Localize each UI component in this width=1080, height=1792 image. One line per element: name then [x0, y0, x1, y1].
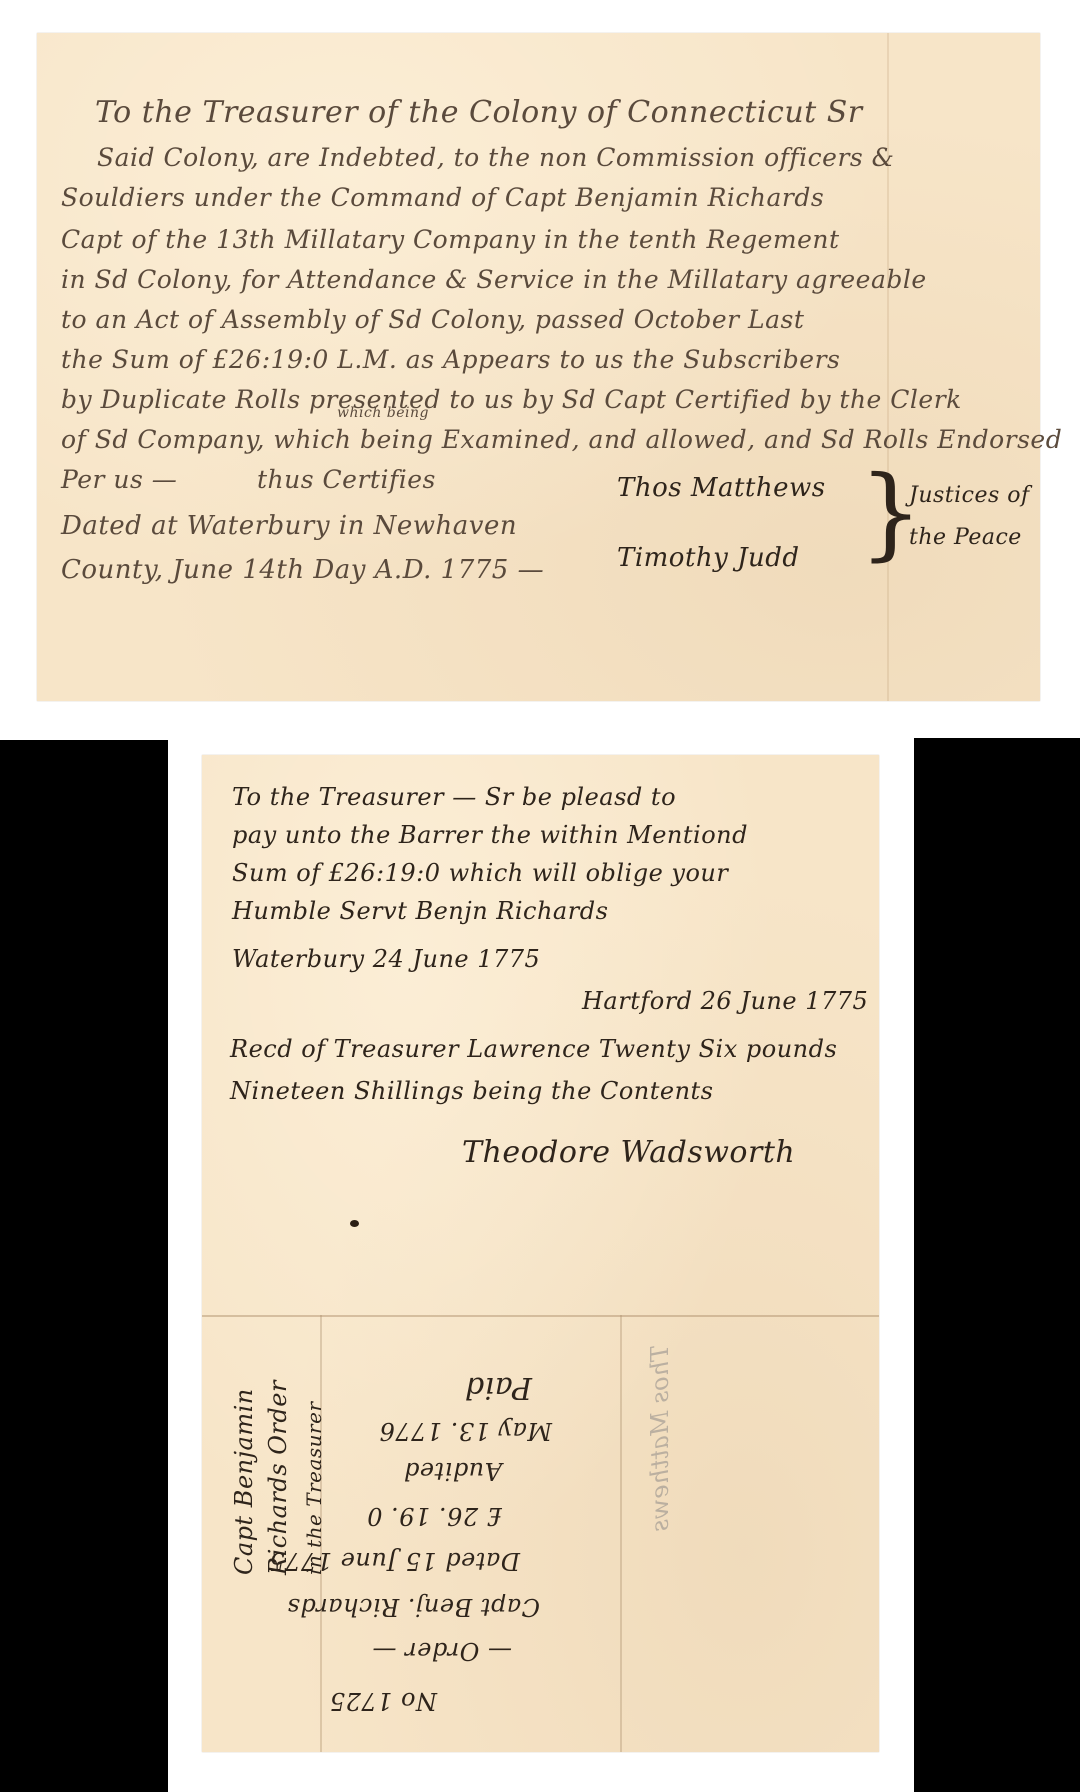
black-margin-right	[914, 738, 1080, 1792]
dated-line-1: Dated at Waterbury in Newhaven	[61, 511, 517, 541]
front-line-7: the Sum of £26:19:0 L.M. as Appears to u…	[61, 345, 840, 374]
order-date: Waterbury 24 June 1775	[232, 945, 540, 973]
docket-paid: Paid	[464, 1370, 532, 1405]
fold-line-horizontal	[202, 1315, 879, 1317]
front-line-2: Said Colony, are Indebted, to the non Co…	[97, 143, 894, 172]
front-line-10: Per us —	[61, 465, 177, 494]
signature-matthews: Thos Matthews	[617, 473, 826, 503]
docket-amount: £ 26. 19. 0	[367, 1502, 502, 1530]
document-back-page: To the Treasurer — Sr be pleasd to pay u…	[202, 755, 879, 1752]
justices-title-2: the Peace	[909, 525, 1022, 550]
receipt-line-1: Recd of Treasurer Lawrence Twenty Six po…	[230, 1035, 837, 1063]
front-line-6: to an Act of Assembly of Sd Colony, pass…	[61, 305, 804, 334]
front-line-5: in Sd Colony, for Attendance & Service i…	[61, 265, 927, 294]
docket-paid-date: May 13. 1776	[379, 1417, 552, 1445]
dated-line-2: County, June 14th Day A.D. 1775 —	[61, 555, 544, 585]
document-front-page: To the Treasurer of the Colony of Connec…	[37, 33, 1040, 701]
bleed-through-text: Thos Matthews	[646, 1345, 674, 1532]
order-line-1: To the Treasurer — Sr be pleasd to	[232, 783, 676, 811]
receipt-signature: Theodore Wadsworth	[462, 1135, 795, 1170]
docket-order: — Order —	[372, 1637, 512, 1665]
front-line-9: of Sd Company, which being Examined, and…	[61, 425, 1062, 454]
order-line-4: Humble Servt Benjn Richards	[232, 897, 608, 925]
receipt-line-2: Nineteen Shillings being the Contents	[230, 1077, 714, 1105]
order-line-2: pay unto the Barrer the within Mentiond	[232, 821, 748, 849]
docket-side-line-2: Richards Order	[264, 1380, 292, 1575]
certifies-text: thus Certifies	[257, 465, 436, 494]
black-margin-left	[0, 740, 168, 1792]
docket-name: Capt Benj. Richards	[287, 1593, 540, 1621]
front-line-8: by Duplicate Rolls presented to us by Sd…	[61, 385, 962, 414]
front-line-3: Souldiers under the Command of Capt Benj…	[61, 183, 824, 212]
receipt-date: Hartford 26 June 1775	[582, 987, 868, 1015]
justices-title-1: Justices of	[909, 483, 1030, 508]
fold-line-vertical-mid	[620, 1315, 622, 1752]
front-line-1: To the Treasurer of the Colony of Connec…	[95, 95, 863, 130]
fold-line	[887, 33, 889, 701]
docket-number: No 1725	[329, 1687, 437, 1715]
order-line-3: Sum of £26:19:0 which will oblige your	[232, 859, 728, 887]
interlinear-insertion: which being	[337, 405, 429, 421]
ink-blot	[350, 1220, 359, 1227]
signature-judd: Timothy Judd	[617, 543, 800, 573]
front-line-4: Capt of the 13th Millatary Company in th…	[61, 225, 840, 254]
docket-dated: Dated 15 June 1775	[269, 1547, 520, 1575]
docket-audited: Audited	[403, 1457, 502, 1485]
docket-side-line-1: Capt Benjamin	[230, 1388, 258, 1575]
